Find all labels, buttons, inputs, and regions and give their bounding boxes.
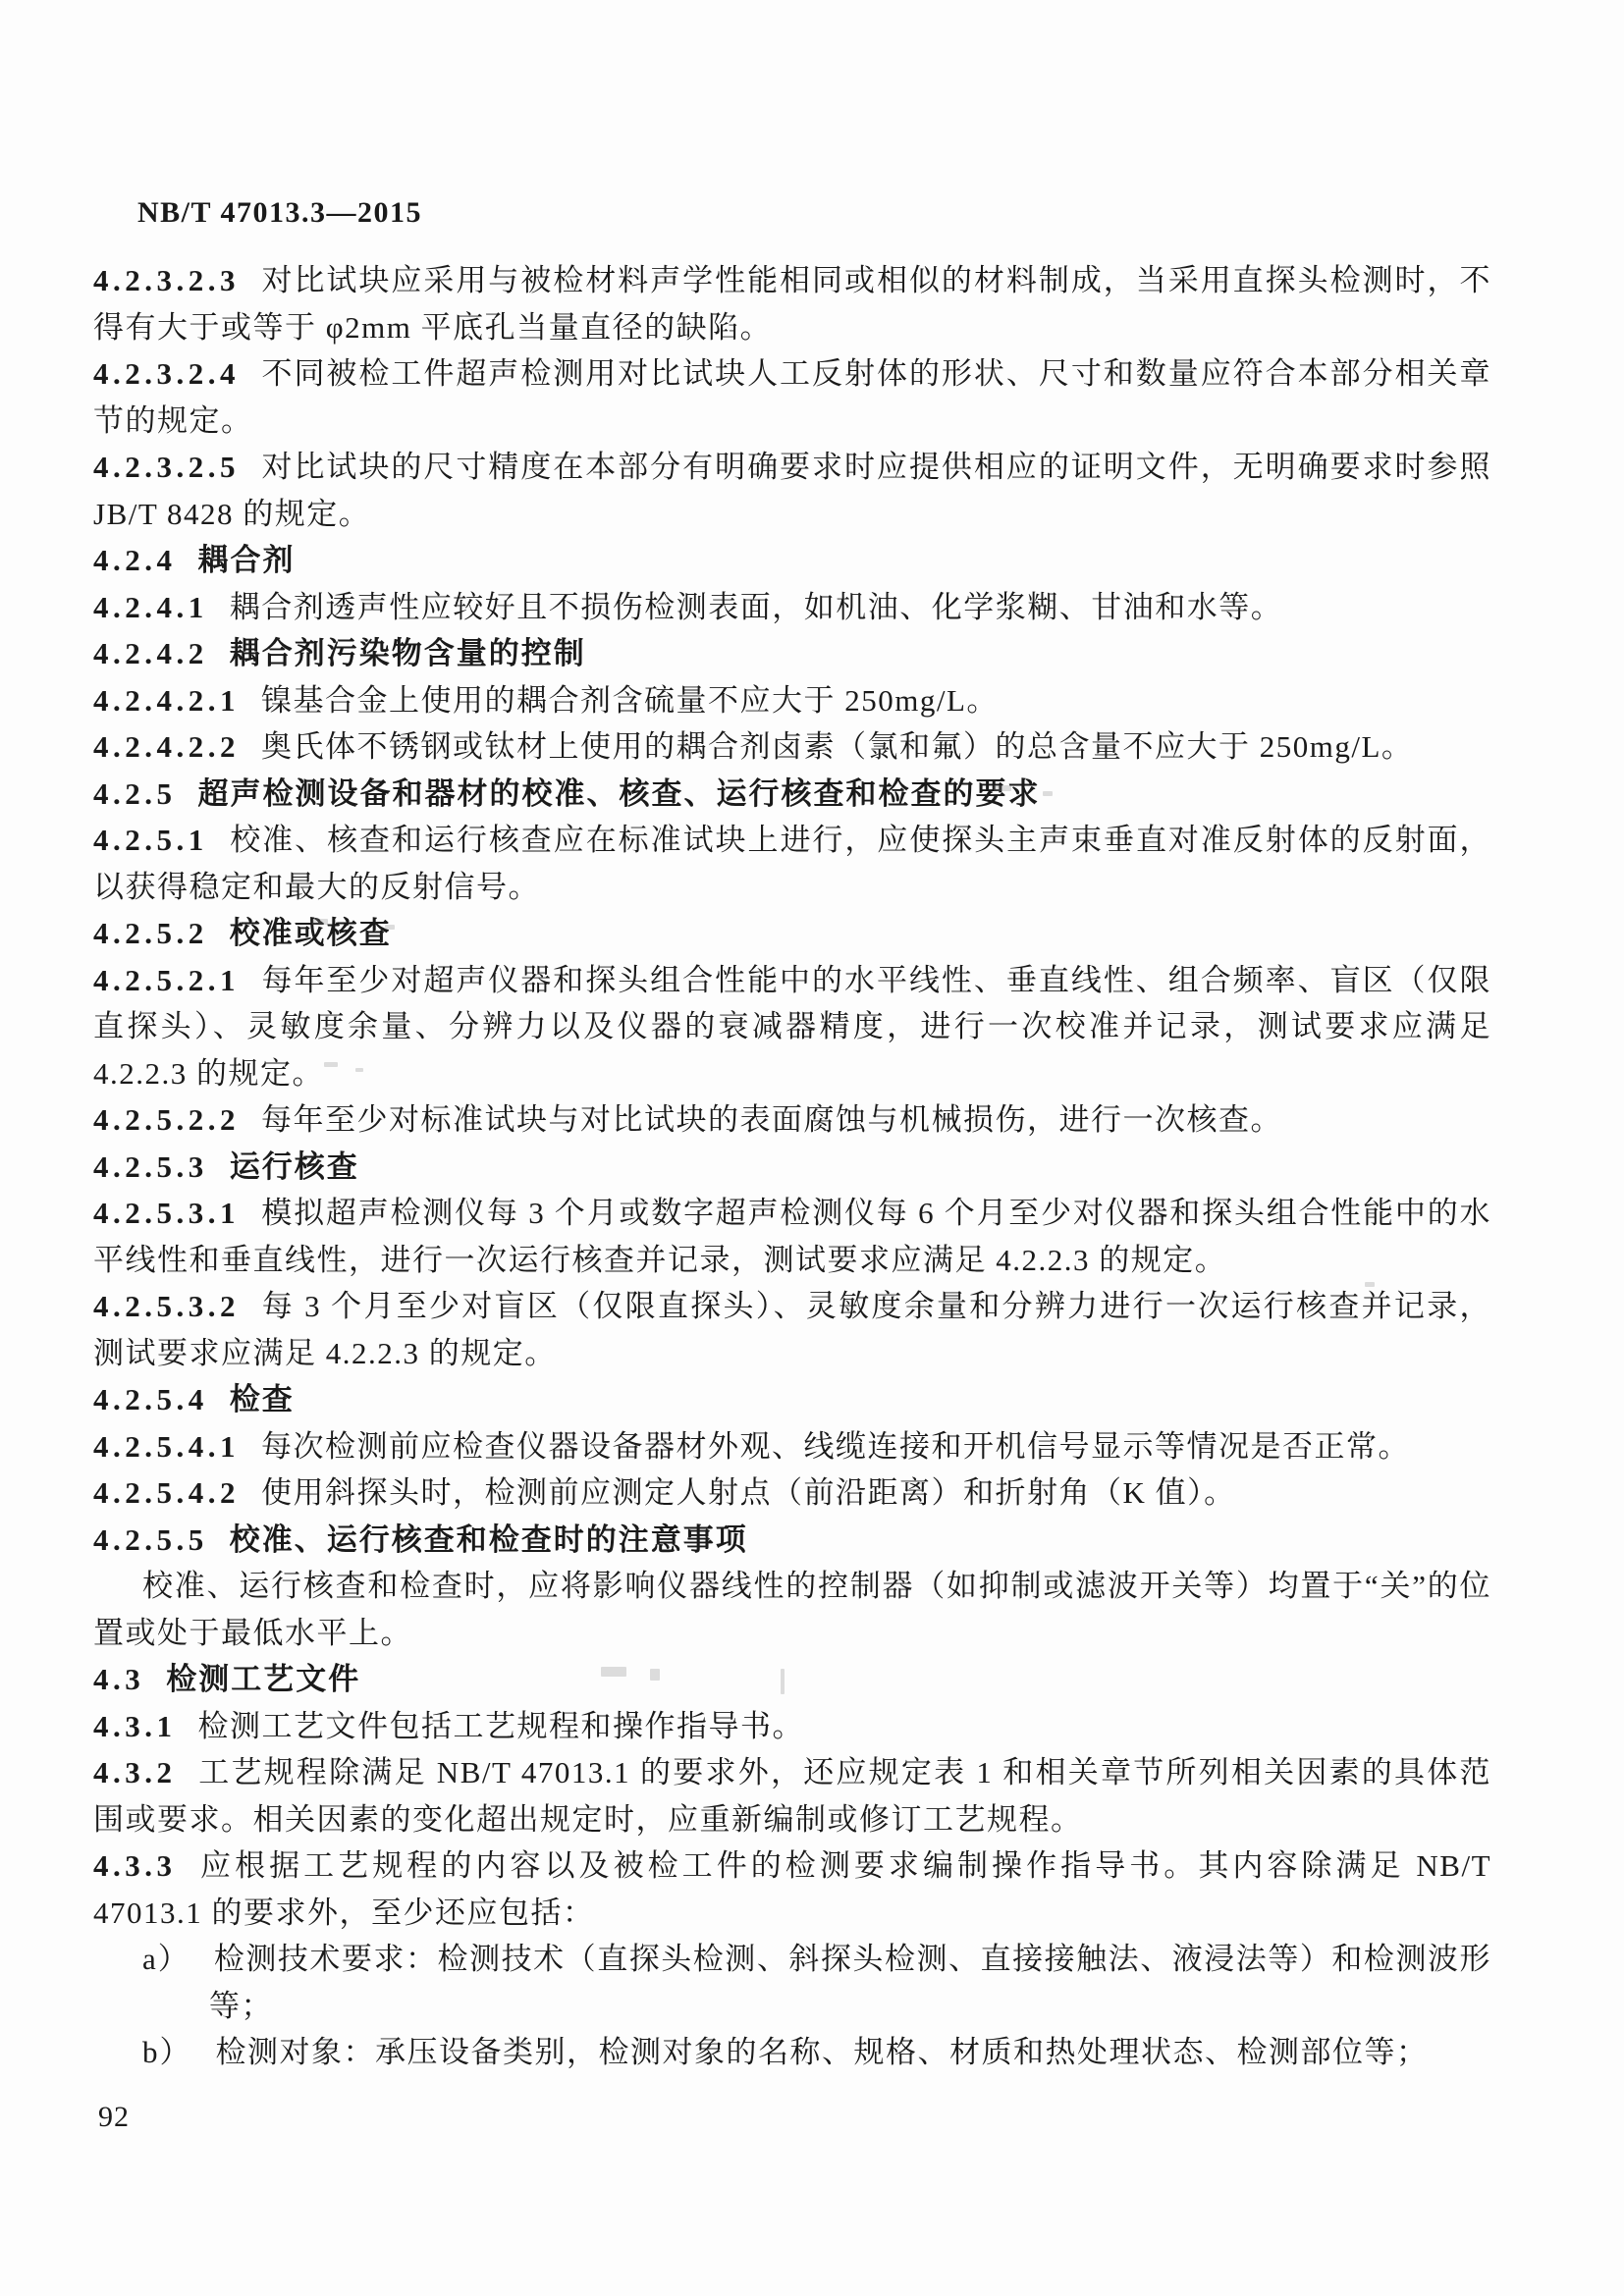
clause-number: 4.2.5.3.1 [93,1196,240,1230]
clause-paragraph: 4.2.5.2.1每年至少对超声仪器和探头组合性能中的水平线性、垂直线性、组合频… [93,957,1491,1097]
clause-number: 4.2.5.1 [93,823,208,857]
clause-number: 4.2.4.2 [93,636,208,670]
document-page: NB/T 47013.3—2015 4.2.3.2.3对比试块应采用与被检材料声… [0,0,1624,2296]
clause-number: 4.2.5.4.1 [93,1429,240,1464]
clause-number: 4.2.5 [93,776,177,811]
clause-paragraph: 4.2.5.3.2每 3 个月至少对盲区（仅限直探头）、灵敏度余量和分辨力进行一… [93,1283,1491,1376]
scan-noise [324,1062,338,1067]
clause-heading: 4.3检测工艺文件 [93,1656,1491,1703]
clause-text: 校准、运行核查和检查时，应将影响仪器线性的控制器（如抑制或滤波开关等）均置于“关… [93,1569,1491,1650]
list-label: b） [142,2035,192,2069]
clause-number: 4.2.5.2.2 [93,1102,240,1137]
scan-noise [601,1667,626,1677]
clause-heading: 4.2.5.5校准、运行核查和检查时的注意事项 [93,1517,1491,1564]
scan-noise [1043,791,1053,796]
clause-text: 对比试块的尺寸精度在本部分有明确要求时应提供相应的证明文件，无明确要求时参照 J… [93,450,1491,531]
standard-number-header: NB/T 47013.3—2015 [137,196,422,230]
clause-number: 4.2.5.4 [93,1382,208,1416]
clause-number: 4.2.4.2.1 [93,683,240,718]
clause-number: 4.2.4.1 [93,590,208,624]
clause-title: 耦合剂 [198,543,296,577]
scan-noise [1365,1282,1375,1287]
scan-noise [312,919,328,925]
clause-text: 校准、核查和运行核查应在标准试块上进行，应使探头主声束垂直对准反射体的反射面，以… [93,823,1491,904]
clause-number: 4.3 [93,1662,144,1696]
clause-text: 每年至少对超声仪器和探头组合性能中的水平线性、垂直线性、组合频率、盲区（仅限直探… [93,963,1491,1091]
clause-paragraph: 4.3.3应根据工艺规程的内容以及被检工件的检测要求编制操作指导书。其内容除满足… [93,1842,1491,1936]
clause-number: 4.3.3 [93,1848,177,1883]
clause-paragraph: 4.2.5.1校准、核查和运行核查应在标准试块上进行，应使探头主声束垂直对准反射… [93,817,1491,910]
clause-heading: 4.2.5.2校准或核查 [93,910,1491,957]
clause-heading: 4.2.5.4检查 [93,1376,1491,1423]
clause-text: 每 3 个月至少对盲区（仅限直探头）、灵敏度余量和分辨力进行一次运行核查并记录，… [93,1289,1491,1370]
clause-paragraph: 4.2.4.1耦合剂透声性应较好且不损伤检测表面，如机油、化学浆糊、甘油和水等。 [93,584,1491,631]
clause-title: 校准或核查 [230,916,392,950]
clause-text: 模拟超声检测仪每 3 个月或数字超声检测仪每 6 个月至少对仪器和探头组合性能中… [93,1196,1491,1277]
clause-number: 4.2.4 [93,543,177,577]
clause-paragraph: 4.2.5.4.1每次检测前应检查仪器设备器材外观、线缆连接和开机信号显示等情况… [93,1423,1491,1470]
clause-heading: 4.2.4耦合剂 [93,537,1491,584]
clause-number: 4.2.5.3 [93,1149,208,1184]
document-body: 4.2.3.2.3对比试块应采用与被检材料声学性能相同或相似的材料制成，当采用直… [93,257,1491,2076]
page-number: 92 [98,2101,130,2134]
clause-text: 耦合剂透声性应较好且不损伤检测表面，如机油、化学浆糊、甘油和水等。 [230,590,1283,624]
clause-text: 检测技术要求：检测技术（直探头检测、斜探头检测、直接接触法、液浸法等）和检测波形… [209,1942,1491,2023]
clause-number: 4.2.4.2.2 [93,729,240,764]
clause-text: 检测对象：承压设备类别，检测对象的名称、规格、材质和热处理状态、检测部位等； [216,2035,1429,2069]
clause-paragraph: 4.2.5.4.2使用斜探头时，检测前应测定人射点（前沿距离）和折射角（K 值）… [93,1469,1491,1517]
clause-paragraph: 4.2.3.2.3对比试块应采用与被检材料声学性能相同或相似的材料制成，当采用直… [93,257,1491,350]
clause-number: 4.3.2 [93,1755,177,1789]
clause-title: 检测工艺文件 [166,1662,360,1696]
clause-text: 奥氏体不锈钢或钛材上使用的耦合剂卤素（氯和氟）的总含量不应大于 250mg/L。 [261,729,1413,764]
scan-noise [355,1068,363,1072]
clause-title: 检查 [230,1382,295,1416]
scan-noise [781,1669,785,1694]
clause-number: 4.2.5.2.1 [93,963,240,997]
clause-number: 4.2.3.2.4 [93,356,240,391]
clause-title: 耦合剂污染物含量的控制 [230,636,586,670]
clause-text: 不同被检工件超声检测用对比试块人工反射体的形状、尺寸和数量应符合本部分相关章节的… [93,356,1491,438]
clause-text: 每次检测前应检查仪器设备器材外观、线缆连接和开机信号显示等情况是否正常。 [261,1429,1410,1464]
clause-heading: 4.2.5超声检测设备和器材的校准、核查、运行核查和检查的要求 [93,771,1491,818]
clause-number: 4.2.5.2 [93,916,208,950]
clause-heading: 4.2.4.2耦合剂污染物含量的控制 [93,630,1491,677]
clause-text: 检测工艺文件包括工艺规程和操作指导书。 [198,1709,805,1743]
clause-text: 对比试块应采用与被检材料声学性能相同或相似的材料制成，当采用直探头检测时，不得有… [93,263,1491,345]
list-item: a）检测技术要求：检测技术（直探头检测、斜探头检测、直接接触法、液浸法等）和检测… [93,1936,1491,2029]
scan-noise [385,925,395,930]
clause-number: 4.2.5.5 [93,1522,208,1557]
list-item: b）检测对象：承压设备类别，检测对象的名称、规格、材质和热处理状态、检测部位等； [93,2029,1491,2076]
scan-noise [650,1669,660,1681]
note-paragraph: 校准、运行核查和检查时，应将影响仪器线性的控制器（如抑制或滤波开关等）均置于“关… [93,1563,1491,1656]
clause-number: 4.2.5.4.2 [93,1475,240,1510]
clause-text: 每年至少对标准试块与对比试块的表面腐蚀与机械损伤，进行一次核查。 [261,1102,1282,1137]
clause-paragraph: 4.2.3.2.4不同被检工件超声检测用对比试块人工反射体的形状、尺寸和数量应符… [93,350,1491,444]
clause-heading: 4.2.5.3运行核查 [93,1144,1491,1191]
list-label: a） [142,1942,190,1976]
clause-number: 4.2.3.2.5 [93,450,240,484]
clause-number: 4.2.5.3.2 [93,1289,240,1323]
clause-text: 使用斜探头时，检测前应测定人射点（前沿距离）和折射角（K 值）。 [261,1475,1236,1510]
clause-number: 4.2.3.2.3 [93,263,240,297]
clause-title: 校准、运行核查和检查时的注意事项 [230,1522,748,1557]
clause-text: 应根据工艺规程的内容以及被检工件的检测要求编制操作指导书。其内容除满足 NB/T… [93,1848,1491,1930]
clause-paragraph: 4.2.4.2.1镍基合金上使用的耦合剂含硫量不应大于 250mg/L。 [93,677,1491,724]
clause-title: 运行核查 [230,1149,359,1184]
clause-paragraph: 4.3.2工艺规程除满足 NB/T 47013.1 的要求外，还应规定表 1 和… [93,1749,1491,1842]
clause-paragraph: 4.2.5.2.2每年至少对标准试块与对比试块的表面腐蚀与机械损伤，进行一次核查… [93,1096,1491,1144]
clause-text: 工艺规程除满足 NB/T 47013.1 的要求外，还应规定表 1 和相关章节所… [93,1755,1491,1837]
clause-paragraph: 4.2.5.3.1模拟超声检测仪每 3 个月或数字超声检测仪每 6 个月至少对仪… [93,1190,1491,1283]
clause-title: 超声检测设备和器材的校准、核查、运行核查和检查的要求 [198,776,1041,811]
clause-text: 镍基合金上使用的耦合剂含硫量不应大于 250mg/L。 [261,683,999,718]
scan-noise [994,785,1011,791]
clause-paragraph: 4.3.1检测工艺文件包括工艺规程和操作指导书。 [93,1703,1491,1750]
clause-paragraph: 4.2.3.2.5对比试块的尺寸精度在本部分有明确要求时应提供相应的证明文件，无… [93,444,1491,537]
clause-number: 4.3.1 [93,1709,177,1743]
clause-paragraph: 4.2.4.2.2奥氏体不锈钢或钛材上使用的耦合剂卤素（氯和氟）的总含量不应大于… [93,723,1491,771]
